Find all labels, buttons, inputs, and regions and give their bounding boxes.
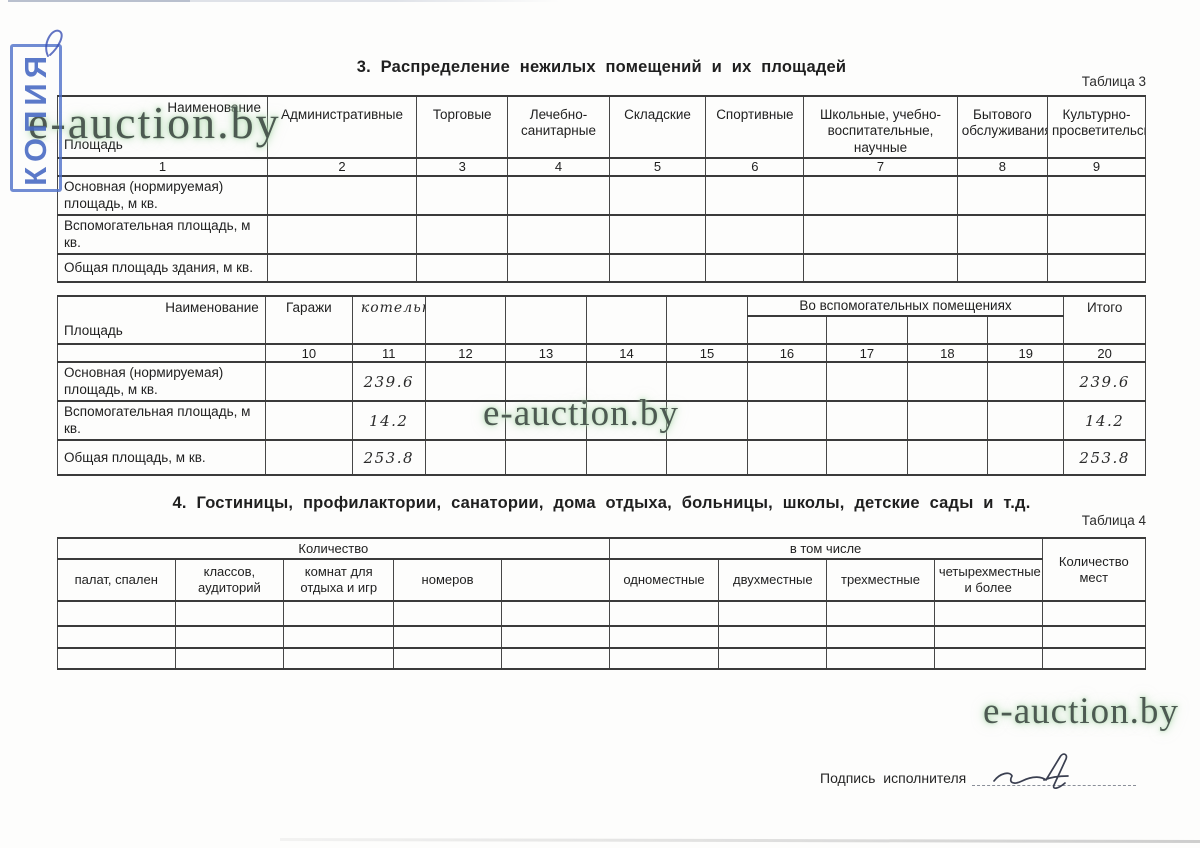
empty-cell — [988, 362, 1064, 401]
table-row: Общая площадь здания, м кв. — [58, 254, 1146, 282]
column-header: Школьные, учебно-воспитательные, научные — [804, 96, 957, 158]
empty-cell — [394, 626, 502, 648]
column-header: Спортивные — [706, 96, 804, 158]
nonresidential-distribution-table: Наименование Площадь Административные То… — [57, 95, 1146, 283]
empty-cell — [265, 362, 352, 401]
empty-cell — [609, 215, 706, 254]
column-number: 10 — [265, 344, 352, 362]
empty-cell — [586, 401, 667, 440]
row-label: Общая площадь здания, м кв. — [58, 254, 268, 282]
aux-group-header: Во вспомогательных помещениях — [747, 296, 1064, 316]
empty-cell — [706, 176, 804, 215]
corner-top-label: Наименование — [167, 100, 261, 116]
column-header: двухместные — [719, 559, 827, 601]
corner-bottom-label: Площадь — [64, 323, 123, 339]
garages-aux-table: Наименование Площадь Гаражи котельн. Во … — [57, 295, 1146, 476]
empty-cell — [267, 215, 416, 254]
empty-cell — [506, 362, 587, 401]
column-header: номеров — [394, 559, 502, 601]
table-row: Основная (нормируемая) площадь, м кв. — [58, 176, 1146, 215]
table-header-row: палат, спален классов, аудиторий комнат … — [58, 559, 1146, 601]
empty-cell — [501, 601, 609, 626]
empty-cell — [508, 176, 609, 215]
empty-cell — [417, 176, 508, 215]
empty-cell — [501, 626, 609, 648]
total-area-value: 239.6 — [1064, 362, 1146, 401]
empty-cell — [425, 440, 506, 475]
empty-cell — [667, 401, 748, 440]
empty-cell — [586, 362, 667, 401]
empty-cell — [988, 316, 1064, 344]
table-row: Общая площадь, м кв. 253.8 253.8 — [58, 440, 1146, 475]
empty-cell — [667, 440, 748, 475]
empty-cell — [957, 215, 1047, 254]
empty-cell — [175, 626, 284, 648]
empty-cell — [506, 401, 587, 440]
empty-cell — [827, 362, 908, 401]
column-header: классов, аудиторий — [175, 559, 284, 601]
empty-cell — [667, 296, 748, 344]
column-header: комнат для отдыха и игр — [284, 559, 394, 601]
table-header-row: Наименование Площадь Административные То… — [58, 96, 1146, 158]
empty-cell — [267, 254, 416, 282]
column-number: 5 — [609, 158, 706, 176]
hotels-capacity-table: Количество в том числе Количество мест п… — [57, 537, 1146, 670]
column-header-total: Итого — [1064, 296, 1146, 344]
row-label: Основная (нормируемая) площадь, м кв. — [58, 362, 266, 401]
empty-cell — [609, 626, 719, 648]
empty-cell — [394, 601, 502, 626]
empty-cell — [1042, 601, 1145, 626]
empty-cell — [957, 254, 1047, 282]
column-number: 17 — [827, 344, 908, 362]
empty-cell — [175, 648, 284, 669]
column-numbers-row: 10 11 12 13 14 15 16 17 18 19 20 — [58, 344, 1146, 362]
empty-cell — [1048, 215, 1146, 254]
empty-cell — [907, 440, 988, 475]
table-row: Вспомогательная площадь, м кв. 14.2 14.2 — [58, 401, 1146, 440]
corner-top-label: Наименование — [165, 300, 259, 316]
corner-bottom-label: Площадь — [64, 137, 123, 153]
column-header: палат, спален — [58, 559, 176, 601]
places-column-header: Количество мест — [1042, 538, 1145, 601]
empty-cell — [804, 215, 957, 254]
column-header: Торговые — [417, 96, 508, 158]
empty-cell — [804, 254, 957, 282]
row-label: Вспомогательная площадь, м кв. — [58, 215, 268, 254]
column-number: 4 — [508, 158, 609, 176]
empty-cell — [907, 401, 988, 440]
column-number: 3 — [417, 158, 508, 176]
column-number: 16 — [747, 344, 826, 362]
row-label: Общая площадь, м кв. — [58, 440, 266, 475]
column-number: 20 — [1064, 344, 1146, 362]
table-header-row: Наименование Площадь Гаражи котельн. Во … — [58, 296, 1146, 316]
empty-cell — [747, 440, 826, 475]
empty-cell — [265, 440, 352, 475]
empty-cell — [58, 626, 176, 648]
empty-cell — [827, 626, 935, 648]
table-row — [58, 626, 1146, 648]
empty-cell — [394, 648, 502, 669]
executor-signature-scribble — [988, 745, 1098, 795]
empty-cell — [284, 648, 394, 669]
signature-label: Подпись исполнителя — [820, 770, 966, 786]
empty-cell — [508, 215, 609, 254]
empty-cell — [827, 648, 935, 669]
empty-cell — [934, 601, 1042, 626]
empty-cell — [1042, 626, 1145, 648]
empty-cell — [609, 254, 706, 282]
total-area-value: 253.8 — [1064, 440, 1146, 475]
column-number: 8 — [957, 158, 1047, 176]
empty-cell — [719, 601, 827, 626]
corner-header-cell: Наименование Площадь — [58, 296, 266, 344]
empty-cell — [175, 601, 284, 626]
empty-cell — [417, 254, 508, 282]
empty-cell — [719, 626, 827, 648]
empty-cell — [609, 601, 719, 626]
empty-cell — [284, 626, 394, 648]
section4-title: 4. Гостиницы, профилактории, санатории, … — [57, 494, 1146, 513]
quantity-group-header: Количество — [58, 538, 610, 559]
scan-artifact-bottom-line — [280, 838, 1200, 843]
empty-cell — [804, 176, 957, 215]
empty-cell — [957, 176, 1047, 215]
column-header: Лечебно-санитарные — [508, 96, 609, 158]
column-header: Складские — [609, 96, 706, 158]
column-header: одноместные — [609, 559, 719, 601]
empty-cell — [827, 316, 908, 344]
empty-cell — [425, 296, 506, 344]
column-header: Культурно-просветительские — [1048, 96, 1146, 158]
empty-cell — [417, 215, 508, 254]
scan-artifact-top-line — [8, 0, 560, 2]
column-header-boiler-handwritten: котельн. — [352, 296, 425, 344]
empty-cell — [988, 440, 1064, 475]
column-header: трехместные — [827, 559, 935, 601]
table-row — [58, 601, 1146, 626]
group-header-row: Количество в том числе Количество мест — [58, 538, 1146, 559]
empty-cell — [827, 440, 908, 475]
empty-cell — [988, 401, 1064, 440]
table-row: Вспомогательная площадь, м кв. — [58, 215, 1146, 254]
column-header: Административные — [267, 96, 416, 158]
empty-cell — [934, 626, 1042, 648]
empty-cell — [425, 362, 506, 401]
column-number: 6 — [706, 158, 804, 176]
empty-cell — [706, 254, 804, 282]
empty-cell — [706, 215, 804, 254]
row-label: Основная (нормируемая) площадь, м кв. — [58, 176, 268, 215]
column-number: 2 — [267, 158, 416, 176]
column-number: 19 — [988, 344, 1064, 362]
scanned-form-page: КОПИЯ e-auction.by e-auction.by e-auctio… — [0, 0, 1200, 848]
empty-cell — [827, 601, 935, 626]
column-number: 12 — [425, 344, 506, 362]
boiler-area-value: 239.6 — [352, 362, 425, 401]
table3-label: Таблица 3 — [57, 74, 1146, 89]
watermark-bottom-right: e-auction.by — [983, 690, 1179, 733]
pen-mark-icon — [40, 20, 80, 60]
column-header-garages: Гаражи — [265, 296, 352, 344]
empty-cell — [907, 362, 988, 401]
empty-cell — [506, 440, 587, 475]
empty-cell — [667, 362, 748, 401]
copy-stamp-text: КОПИЯ — [18, 51, 54, 186]
empty-cell — [907, 316, 988, 344]
empty-cell — [58, 344, 266, 362]
empty-cell — [747, 316, 826, 344]
empty-cell — [747, 362, 826, 401]
empty-cell — [586, 296, 667, 344]
column-header — [501, 559, 609, 601]
empty-cell — [719, 648, 827, 669]
empty-cell — [934, 648, 1042, 669]
empty-cell — [265, 401, 352, 440]
empty-cell — [508, 254, 609, 282]
total-area-value: 14.2 — [1064, 401, 1146, 440]
column-number: 9 — [1048, 158, 1146, 176]
empty-cell — [501, 648, 609, 669]
row-label: Вспомогательная площадь, м кв. — [58, 401, 266, 440]
column-number: 11 — [352, 344, 425, 362]
table-row — [58, 648, 1146, 669]
empty-cell — [747, 401, 826, 440]
empty-cell — [1048, 254, 1146, 282]
corner-header-cell: Наименование Площадь — [58, 96, 268, 158]
column-number: 15 — [667, 344, 748, 362]
table4-label: Таблица 4 — [57, 513, 1146, 528]
empty-cell — [267, 176, 416, 215]
table-row: Основная (нормируемая) площадь, м кв. 23… — [58, 362, 1146, 401]
empty-cell — [609, 648, 719, 669]
empty-cell — [284, 601, 394, 626]
boiler-area-value: 14.2 — [352, 401, 425, 440]
copy-stamp: КОПИЯ — [10, 44, 62, 192]
column-number: 7 — [804, 158, 957, 176]
column-header: Бытового обслуживания — [957, 96, 1047, 158]
empty-cell — [506, 296, 587, 344]
column-number: 13 — [506, 344, 587, 362]
empty-cell — [609, 176, 706, 215]
column-number: 1 — [58, 158, 268, 176]
boiler-area-value: 253.8 — [352, 440, 425, 475]
empty-cell — [827, 401, 908, 440]
including-group-header: в том числе — [609, 538, 1042, 559]
column-number: 18 — [907, 344, 988, 362]
column-header: четырехместные и более — [934, 559, 1042, 601]
empty-cell — [1048, 176, 1146, 215]
empty-cell — [58, 601, 176, 626]
empty-cell — [1042, 648, 1145, 669]
column-number: 14 — [586, 344, 667, 362]
empty-cell — [425, 401, 506, 440]
empty-cell — [58, 648, 176, 669]
empty-cell — [586, 440, 667, 475]
column-numbers-row: 1 2 3 4 5 6 7 8 9 — [58, 158, 1146, 176]
